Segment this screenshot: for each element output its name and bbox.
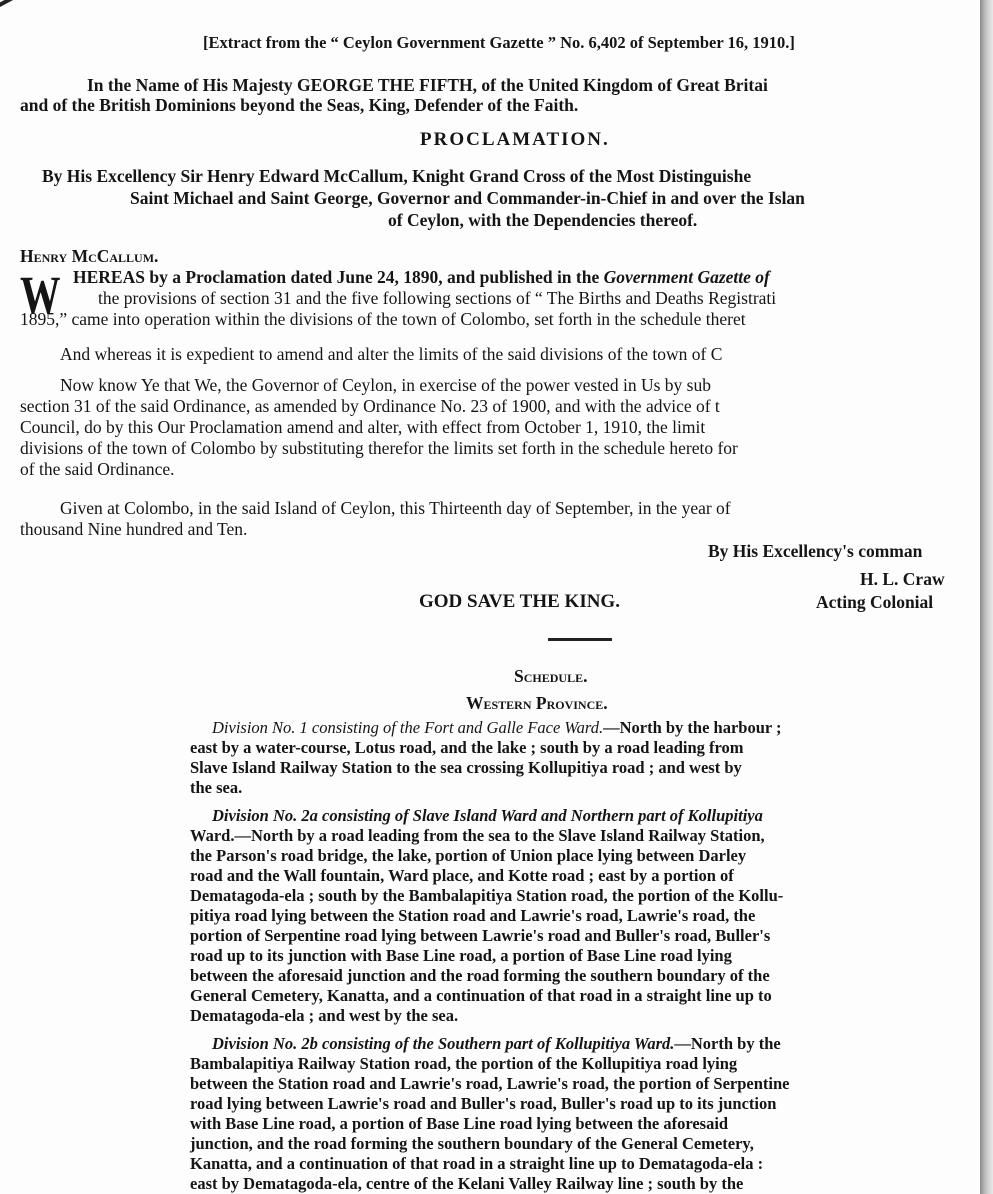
- given-at-line-1: Given at Colombo, in the said Island of …: [60, 498, 731, 518]
- division-2a-line-6: portion of Serpentine road lying between…: [190, 926, 770, 946]
- now-know-line-3: Council, do by this Our Proclamation ame…: [20, 417, 705, 437]
- now-know-line-2: section 31 of the said Ordinance, as ame…: [20, 396, 720, 416]
- division-2a-line-5: pitiya road lying between the Station ro…: [190, 906, 755, 926]
- and-whereas: And whereas it is expedient to amend and…: [60, 344, 722, 364]
- division-2b-line-7: Kanatta, and a continuation of that road…: [190, 1154, 763, 1174]
- division-2a-line-10: Dematagoda-ela ; and west by the sea.: [190, 1006, 458, 1026]
- division-2a-heading: Division No. 2a consisting of Slave Isla…: [212, 806, 763, 826]
- division-2a-line-7: road up to its junction with Base Line r…: [190, 946, 732, 966]
- corner-mark: [0, 0, 44, 12]
- now-know-line-4: divisions of the town of Colombo by subs…: [20, 438, 738, 458]
- given-at-line-2: thousand Nine hundred and Ten.: [20, 519, 247, 539]
- division-2b-line-8: east by Dematagoda-ela, centre of the Ke…: [190, 1174, 743, 1194]
- preamble-line-2: and of the British Dominions beyond the …: [20, 95, 578, 115]
- division-2a-line-4: Dematagoda-ela ; south by the Bambalapit…: [190, 886, 783, 906]
- gazette-page: [Extract from the “ Ceylon Government Ga…: [0, 0, 980, 1194]
- proclamation-title: PROCLAMATION.: [420, 130, 610, 150]
- preamble-line-1: In the Name of His Majesty GEORGE THE FI…: [87, 75, 768, 95]
- division-2b-line-2: Bambalapitiya Railway Station road, the …: [190, 1054, 737, 1074]
- god-save-the-king: GOD SAVE THE KING.: [419, 592, 620, 612]
- division-2a-line-1: Ward.—North by a road leading from the s…: [190, 826, 765, 846]
- division-1-line-2: east by a water-course, Lotus road, and …: [190, 738, 744, 758]
- division-2a-line-9: General Cemetery, Kanatta, and a continu…: [190, 986, 772, 1006]
- governor-line-2: Saint Michael and Saint George, Governor…: [130, 188, 805, 208]
- signatory-top: Henry McCallum.: [20, 246, 158, 266]
- page-edge-shadow: [980, 0, 993, 1194]
- division-1-line-1: Division No. 1 consisting of the Fort an…: [212, 718, 782, 738]
- by-command: By His Excellency's comman: [708, 541, 922, 561]
- now-know-line-5: of the said Ordinance.: [20, 459, 175, 479]
- division-2b-line-5: with Base Line road, a portion of Base L…: [190, 1114, 728, 1134]
- gazette-extract-header: [Extract from the “ Ceylon Government Ga…: [203, 33, 795, 53]
- governor-line-1: By His Excellency Sir Henry Edward McCal…: [42, 166, 751, 186]
- division-1-heading: Division No. 1 consisting of the Fort an…: [212, 718, 603, 737]
- signer-title: Acting Colonial: [816, 592, 933, 612]
- whereas-line-1: HEREAS by a Proclamation dated June 24, …: [73, 267, 770, 287]
- whereas-line-2: the provisions of section 31 and the fiv…: [98, 288, 776, 308]
- division-2a-line-2: the Parson's road bridge, the lake, port…: [190, 846, 746, 866]
- whereas-text: HEREAS by a Proclamation dated June 24, …: [73, 267, 599, 287]
- division-2a-line-8: between the aforesaid junction and the r…: [190, 966, 770, 986]
- now-know-line-1: Now know Ye that We, the Governor of Cey…: [60, 375, 711, 395]
- whereas-line-3: 1895,” came into operation within the di…: [20, 309, 746, 329]
- division-2b-line-4: road lying between Lawrie's road and Bul…: [190, 1094, 776, 1114]
- division-2b-line-3: between the Station road and Lawrie's ro…: [190, 1074, 790, 1094]
- signer-name: H. L. Craw: [860, 569, 945, 589]
- division-1-line-3: Slave Island Railway Station to the sea …: [190, 758, 742, 778]
- governor-line-3: of Ceylon, with the Dependencies thereof…: [388, 210, 697, 230]
- schedule-title: Schedule.: [514, 666, 587, 686]
- gazette-ref: Government Gazette of: [604, 267, 770, 287]
- province-heading: Western Province.: [466, 693, 608, 713]
- division-2b-line-6: junction, and the road forming the south…: [190, 1134, 754, 1154]
- division-2b-heading: Division No. 2b consisting of the Southe…: [212, 1034, 674, 1053]
- division-1-line-4: the sea.: [190, 778, 242, 798]
- division-2b-line-1: Division No. 2b consisting of the Southe…: [212, 1034, 781, 1054]
- divider-rule: [548, 638, 612, 641]
- division-2a-line-3: road and the Wall fountain, Ward place, …: [190, 866, 734, 886]
